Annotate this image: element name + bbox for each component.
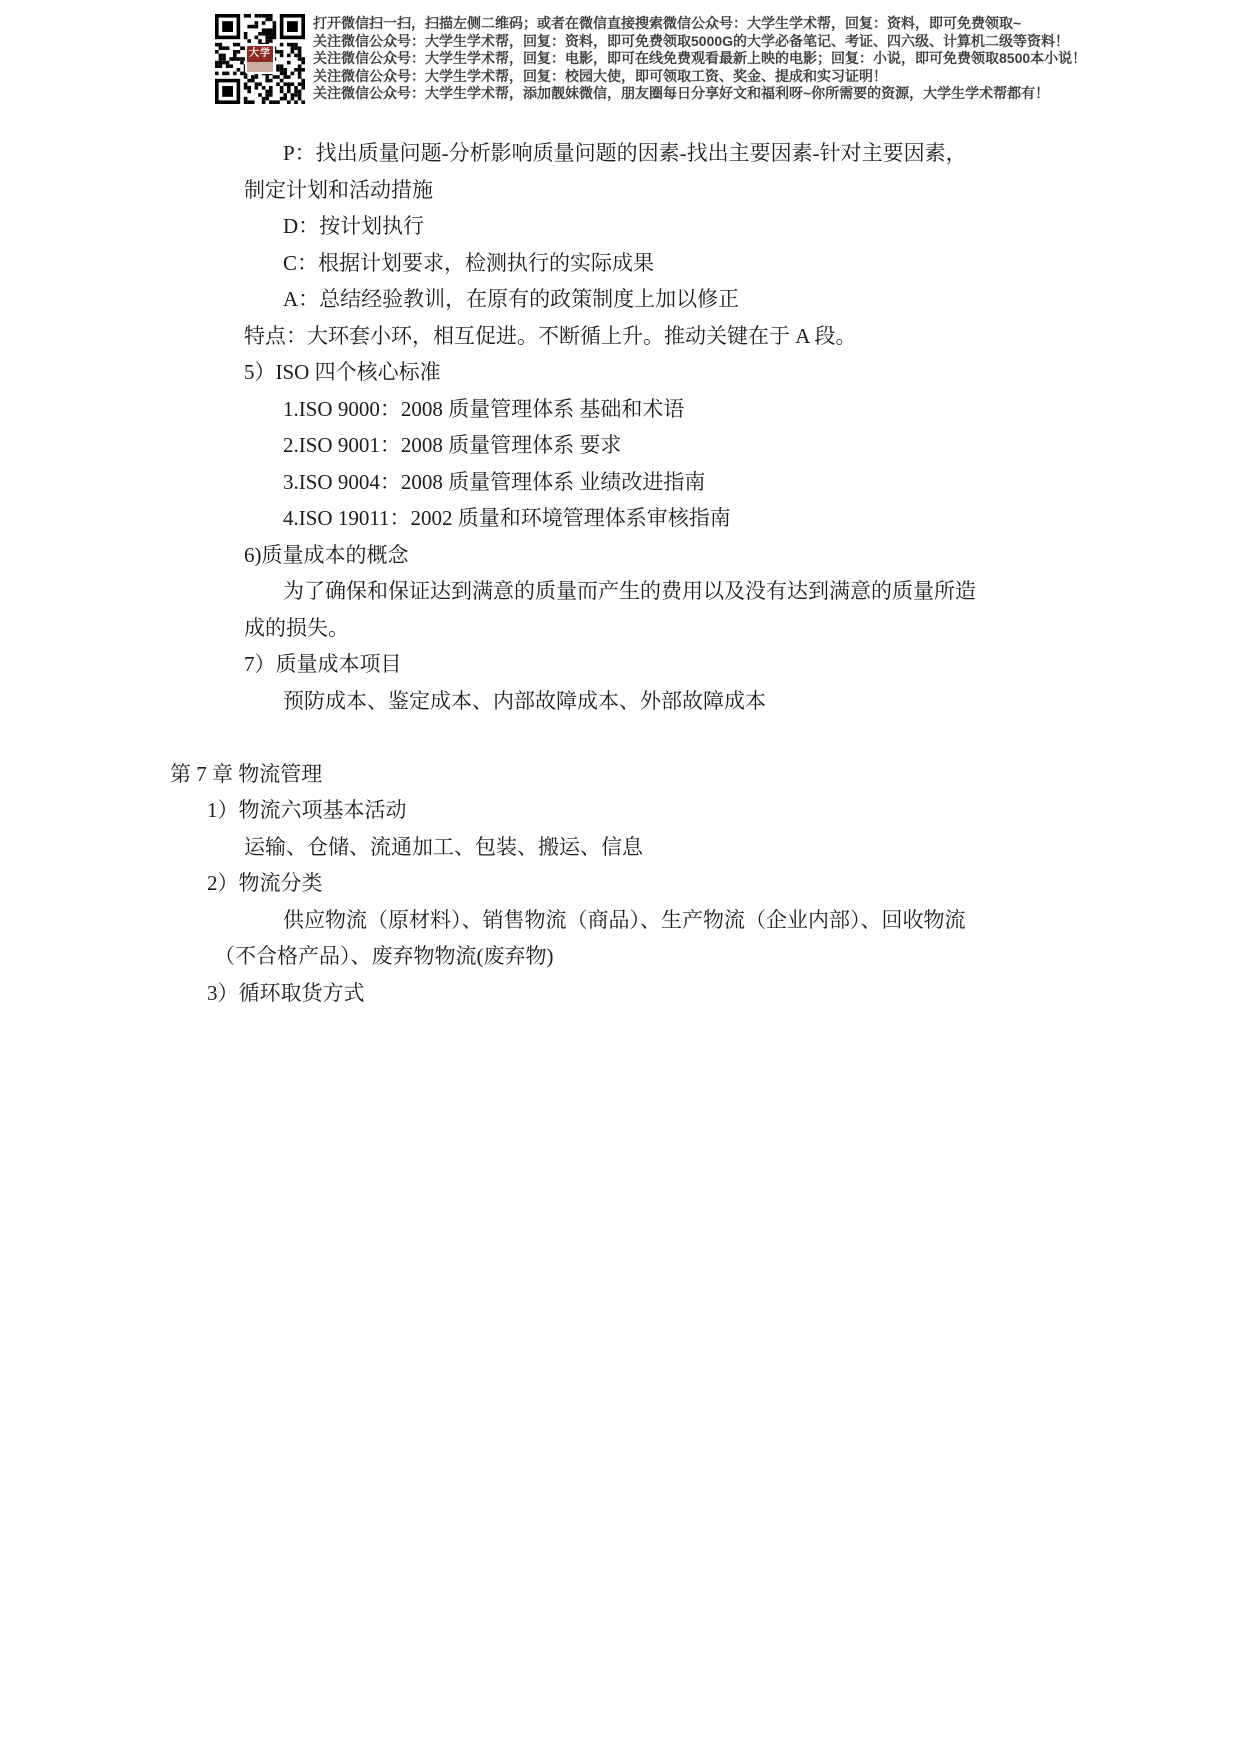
quality-cost-items-heading: 7）质量成本项目 xyxy=(170,646,1090,683)
promo-line-4: 关注微信公众号：大学生学术帮，回复：校园大使，即可领取工资、奖金、提成和实习证明… xyxy=(313,68,1086,86)
quality-cost-items-body: 预防成本、鉴定成本、内部故障成本、外部故障成本 xyxy=(170,683,1090,720)
promo-text-block: 打开微信扫一扫，扫描左侧二维码；或者在微信直接搜索微信公众号：大学生学术帮，回复… xyxy=(313,14,1086,103)
qr-logo-text: 大学 xyxy=(249,46,271,72)
logistics-item-2-body-2: （不合格产品）、废弃物物流(废弃物) xyxy=(170,938,1090,975)
logistics-item-2-body-1: 供应物流（原材料）、销售物流（商品）、生产物流（企业内部）、回收物流 xyxy=(170,902,1090,939)
quality-cost-concept-heading: 6)质量成本的概念 xyxy=(170,537,1090,574)
chapter-7-title: 第 7 章 物流管理 xyxy=(170,756,1090,793)
pdca-plan-line-1: P：找出质量问题-分析影响质量问题的因素-找出主要因素-针对主要因素， xyxy=(170,135,1090,172)
pdca-features-line: 特点：大环套小环，相互促进。不断循上升。推动关键在于 A 段。 xyxy=(170,318,1090,355)
promo-line-2: 关注微信公众号：大学生学术帮，回复：资料，即可免费领取5000G的大学必备笔记、… xyxy=(313,33,1086,51)
quality-cost-concept-body-1: 为了确保和保证达到满意的质量而产生的费用以及没有达到满意的质量所造 xyxy=(170,573,1090,610)
pdca-plan-line-2: 制定计划和活动措施 xyxy=(170,172,1090,209)
promo-line-1: 打开微信扫一扫，扫描左侧二维码；或者在微信直接搜索微信公众号：大学生学术帮，回复… xyxy=(313,15,1086,33)
iso-item-2: 2.ISO 9001：2008 质量管理体系 要求 xyxy=(170,427,1090,464)
logistics-item-3-heading: 3）循环取货方式 xyxy=(170,975,1090,1012)
iso-item-3: 3.ISO 9004：2008 质量管理体系 业绩改进指南 xyxy=(170,464,1090,501)
promo-line-3: 关注微信公众号：大学生学术帮，回复：电影，即可在线免费观看最新上映的电影；回复：… xyxy=(313,50,1086,68)
promo-line-5: 关注微信公众号：大学生学术帮，添加靓妹微信，朋友圈每日分享好文和福利呀~你所需要… xyxy=(313,85,1086,103)
iso-item-1: 1.ISO 9000：2008 质量管理体系 基础和术语 xyxy=(170,391,1090,428)
pdca-do-line: D：按计划执行 xyxy=(170,208,1090,245)
document-page: 大学 打开微信扫一扫，扫描左侧二维码；或者在微信直接搜索微信公众号：大学生学术帮… xyxy=(0,0,1240,1754)
qr-code: 大学 xyxy=(215,14,305,104)
pdca-check-line: C：根据计划要求，检测执行的实际成果 xyxy=(170,245,1090,282)
pdca-act-line: A：总结经验教训，在原有的政策制度上加以修正 xyxy=(170,281,1090,318)
iso-item-4: 4.ISO 19011：2002 质量和环境管理体系审核指南 xyxy=(170,500,1090,537)
logistics-item-1-body: 运输、仓储、流通加工、包装、搬运、信息 xyxy=(170,829,1090,866)
quality-cost-concept-body-2: 成的损失。 xyxy=(170,610,1090,647)
promo-header: 大学 打开微信扫一扫，扫描左侧二维码；或者在微信直接搜索微信公众号：大学生学术帮… xyxy=(215,14,1086,104)
iso-heading: 5）ISO 四个核心标准 xyxy=(170,354,1090,391)
logistics-item-1-heading: 1）物流六项基本活动 xyxy=(170,792,1090,829)
logistics-item-2-heading: 2）物流分类 xyxy=(170,865,1090,902)
document-body: P：找出质量问题-分析影响质量问题的因素-找出主要因素-针对主要因素， 制定计划… xyxy=(170,135,1090,1011)
qr-logo: 大学 xyxy=(245,44,275,74)
